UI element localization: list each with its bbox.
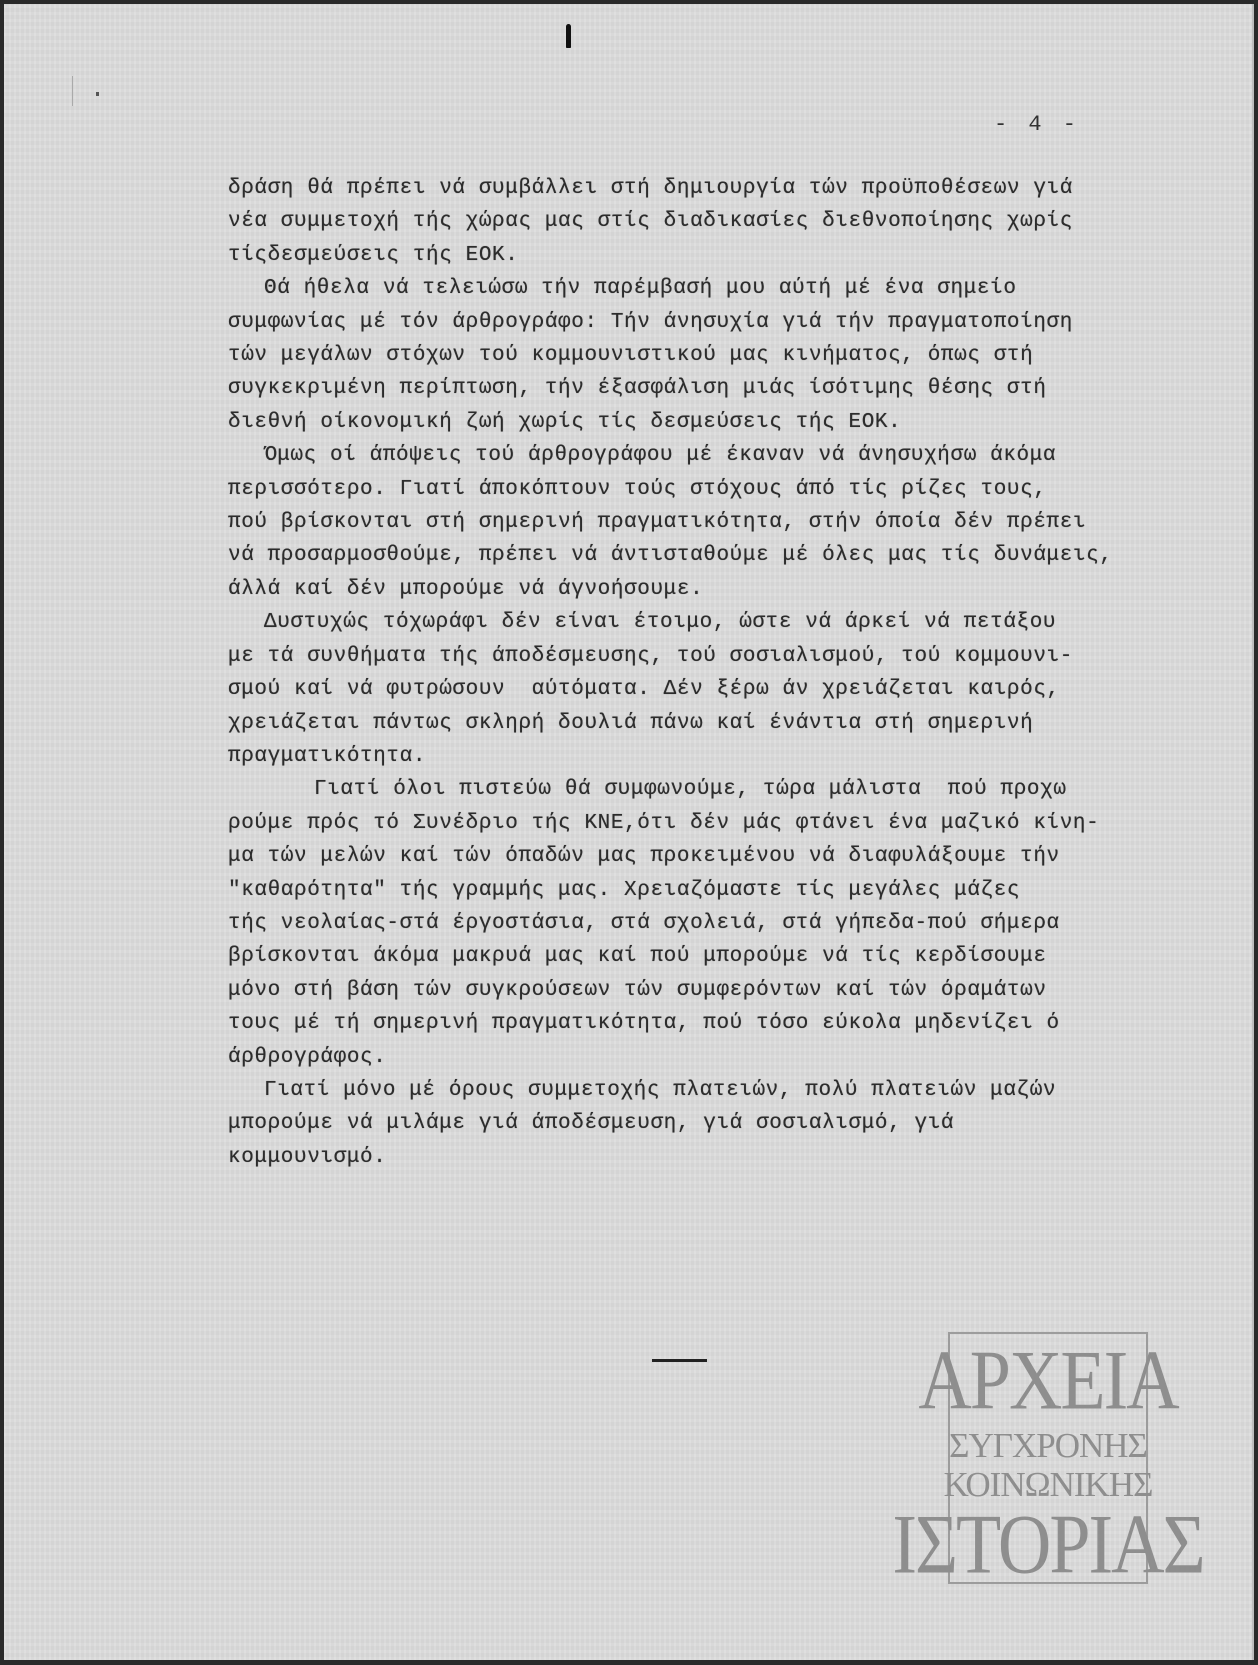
paragraph: Θά ήθελα νά τελειώσω τήν παρέμβασή μου α…	[228, 272, 1238, 439]
stamp-line: ΑΡΧΕΙΑ	[918, 1338, 1177, 1423]
text-line: βρίσκονται άκόμα μακρυά μας καί πού μπορ…	[228, 940, 1238, 973]
text-line: Γιατί μόνο μέ όρους συμμετοχής πλατειών,…	[228, 1074, 1238, 1107]
text-line: νέα συμμετοχή τής χώρας μας στίς διαδικα…	[228, 205, 1238, 238]
text-line: περισσότερο. Γιατί άποκόπτουν τούς στόχο…	[228, 473, 1238, 506]
text-line: τίςδεσμεύσεις τής ΕΟΚ.	[228, 239, 1238, 272]
page-number: - 4 -	[994, 112, 1080, 137]
text-line: νά προσαρμοσθούμε, πρέπει νά άντισταθούμ…	[228, 539, 1238, 572]
stamp-line: ΣΥΓΧΡΟΝΗΣ	[949, 1428, 1147, 1463]
text-line: δράση θά πρέπει νά συμβάλλει στή δημιουρ…	[228, 172, 1238, 205]
text-line: σμού καί νά φυτρώσουν αύτόματα. Δέν ξέρω…	[228, 673, 1238, 706]
scan-artifact-dot	[96, 92, 99, 96]
archive-stamp-logo: ΑΡΧΕΙΑ ΣΥΓΧΡΟΝΗΣ ΚΟΙΝΩΝΙΚΗΣ ΙΣΤΟΡΙΑΣ	[948, 1332, 1148, 1584]
text-line: διεθνή οίκονομική ζωή χωρίς τίς δεσμεύσε…	[228, 406, 1238, 439]
text-line: Δυστυχώς τόχωράφι δέν είναι έτοιμο, ώστε…	[228, 606, 1238, 639]
document-body: δράση θά πρέπει νά συμβάλλει στή δημιουρ…	[228, 172, 1238, 1174]
stamp-line: ΚΟΙΝΩΝΙΚΗΣ	[944, 1467, 1153, 1502]
scan-artifact	[72, 76, 83, 106]
text-line: συγκεκριμένη περίπτωση, τήν έξασφάλιση μ…	[228, 372, 1238, 405]
text-line: "καθαρότητα" τής γραμμής μας. Χρειαζόμασ…	[228, 874, 1238, 907]
text-line: άλλά καί δέν μπορούμε νά άγνοήσουμε.	[228, 573, 1238, 606]
text-line: μα τών μελών καί τών όπαδών μας προκειμέ…	[228, 840, 1238, 873]
text-line: τής νεολαίας-στά έργοστάσια, στά σχολειά…	[228, 907, 1238, 940]
text-line: άρθρογράφος.	[228, 1041, 1238, 1074]
end-of-text-rule	[652, 1359, 707, 1362]
text-line: τών μεγάλων στόχων τού κομμουνιστικού μα…	[228, 339, 1238, 372]
paragraph: Γιατί μόνο μέ όρους συμμετοχής πλατειών,…	[228, 1074, 1238, 1174]
ink-mark	[566, 24, 571, 48]
text-line: χρειάζεται πάντως σκληρή δουλιά πάνω καί…	[228, 707, 1238, 740]
text-line: συμφωνίας μέ τόν άρθρογράφο: Τήν άνησυχί…	[228, 306, 1238, 339]
paragraph: Όμως οί άπόψεις τού άρθρογράφου μέ έκανα…	[228, 439, 1238, 606]
paragraph: Γιατί όλοι πιστεύω θά συμφωνούμε, τώρα μ…	[228, 773, 1238, 1074]
text-line: με τά συνθήματα τής άποδέσμευσης, τού σο…	[228, 640, 1238, 673]
scanned-page: - 4 - δράση θά πρέπει νά συμβάλλει στή δ…	[4, 4, 1254, 1660]
stamp-line: ΙΣΤΟΡΙΑΣ	[892, 1502, 1203, 1587]
paragraph: δράση θά πρέπει νά συμβάλλει στή δημιουρ…	[228, 172, 1238, 272]
text-line: Θά ήθελα νά τελειώσω τήν παρέμβασή μου α…	[228, 272, 1238, 305]
text-line: πού βρίσκονται στή σημερινή πραγματικότη…	[228, 506, 1238, 539]
text-line: τους μέ τή σημερινή πραγματικότητα, πού …	[228, 1007, 1238, 1040]
text-line: ρούμε πρός τό Συνέδριο τής ΚΝΕ,ότι δέν μ…	[228, 807, 1238, 840]
text-line: μόνο στή βάση τών συγκρούσεων τών συμφερ…	[228, 974, 1238, 1007]
text-line: μπορούμε νά μιλάμε γιά άποδέσμευση, γιά …	[228, 1107, 1238, 1140]
text-line: Όμως οί άπόψεις τού άρθρογράφου μέ έκανα…	[228, 439, 1238, 472]
text-line: κομμουνισμό.	[228, 1141, 1238, 1174]
text-line: πραγματικότητα.	[228, 740, 1238, 773]
text-line: Γιατί όλοι πιστεύω θά συμφωνούμε, τώρα μ…	[228, 773, 1238, 806]
paragraph: Δυστυχώς τόχωράφι δέν είναι έτοιμο, ώστε…	[228, 606, 1238, 773]
